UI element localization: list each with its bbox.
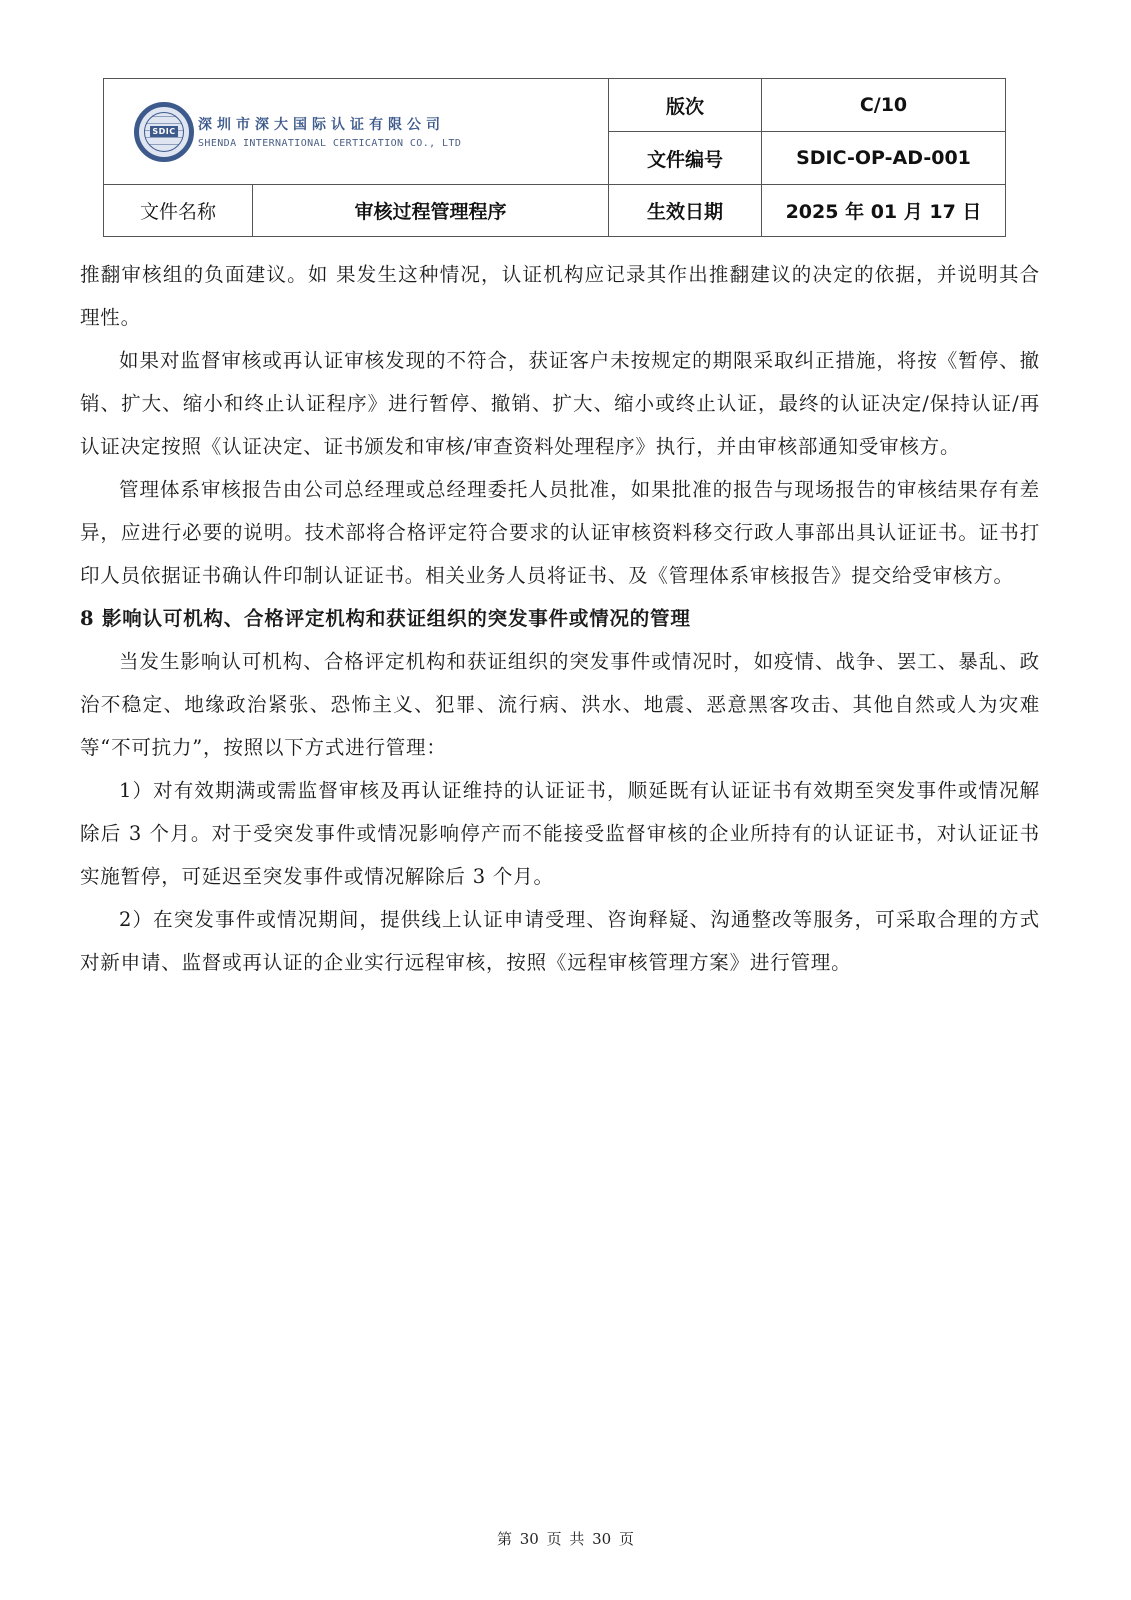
page-number-footer: 第 30 页 共 30 页 [0, 1528, 1131, 1549]
company-name-en: SHENDA INTERNATIONAL CERTICATION CO., LT… [198, 138, 461, 149]
effective-date-value: 2025 年 01 月 17 日 [762, 185, 1006, 237]
company-name-cn: 深圳市深大国际认证有限公司 [198, 114, 461, 134]
effective-date-label: 生效日期 [609, 185, 762, 237]
version-value: C/10 [762, 79, 1006, 132]
doc-name-label: 文件名称 [104, 185, 253, 237]
version-label: 版次 [609, 79, 762, 132]
company-logo: SDIC 深圳市深大国际认证有限公司 SHENDA INTERNATIONAL … [104, 102, 608, 162]
doc-number-label: 文件编号 [609, 132, 762, 185]
paragraph-audit-report: 管理体系审核报告由公司总经理或总经理委托人员批准，如果批准的报告与现场报告的审核… [80, 468, 1040, 597]
section-heading-8: 8 影响认可机构、合格评定机构和获证组织的突发事件或情况的管理 [80, 597, 1040, 640]
paragraph-item-2: 2）在突发事件或情况期间，提供线上认证申请受理、咨询释疑、沟通整改等服务，可采取… [80, 898, 1040, 984]
document-header-table: SDIC 深圳市深大国际认证有限公司 SHENDA INTERNATIONAL … [103, 78, 1006, 237]
company-logo-cell: SDIC 深圳市深大国际认证有限公司 SHENDA INTERNATIONAL … [104, 79, 609, 185]
logo-badge-text: SDIC [150, 126, 177, 137]
doc-number-value: SDIC-OP-AD-001 [762, 132, 1006, 185]
document-body: 推翻审核组的负面建议。如 果发生这种情况，认证机构应记录其作出推翻建议的决定的依… [80, 253, 1040, 984]
sdic-globe-logo-icon: SDIC [134, 102, 194, 162]
paragraph-continuation: 推翻审核组的负面建议。如 果发生这种情况，认证机构应记录其作出推翻建议的决定的依… [80, 253, 1040, 339]
paragraph-nonconformity: 如果对监督审核或再认证审核发现的不符合，获证客户未按规定的期限采取纠正措施，将按… [80, 339, 1040, 468]
doc-name-value: 审核过程管理程序 [253, 185, 609, 237]
paragraph-item-1: 1）对有效期满或需监督审核及再认证维持的认证证书，顺延既有认证证书有效期至突发事… [80, 769, 1040, 898]
paragraph-force-majeure: 当发生影响认可机构、合格评定机构和获证组织的突发事件或情况时，如疫情、战争、罢工… [80, 640, 1040, 769]
